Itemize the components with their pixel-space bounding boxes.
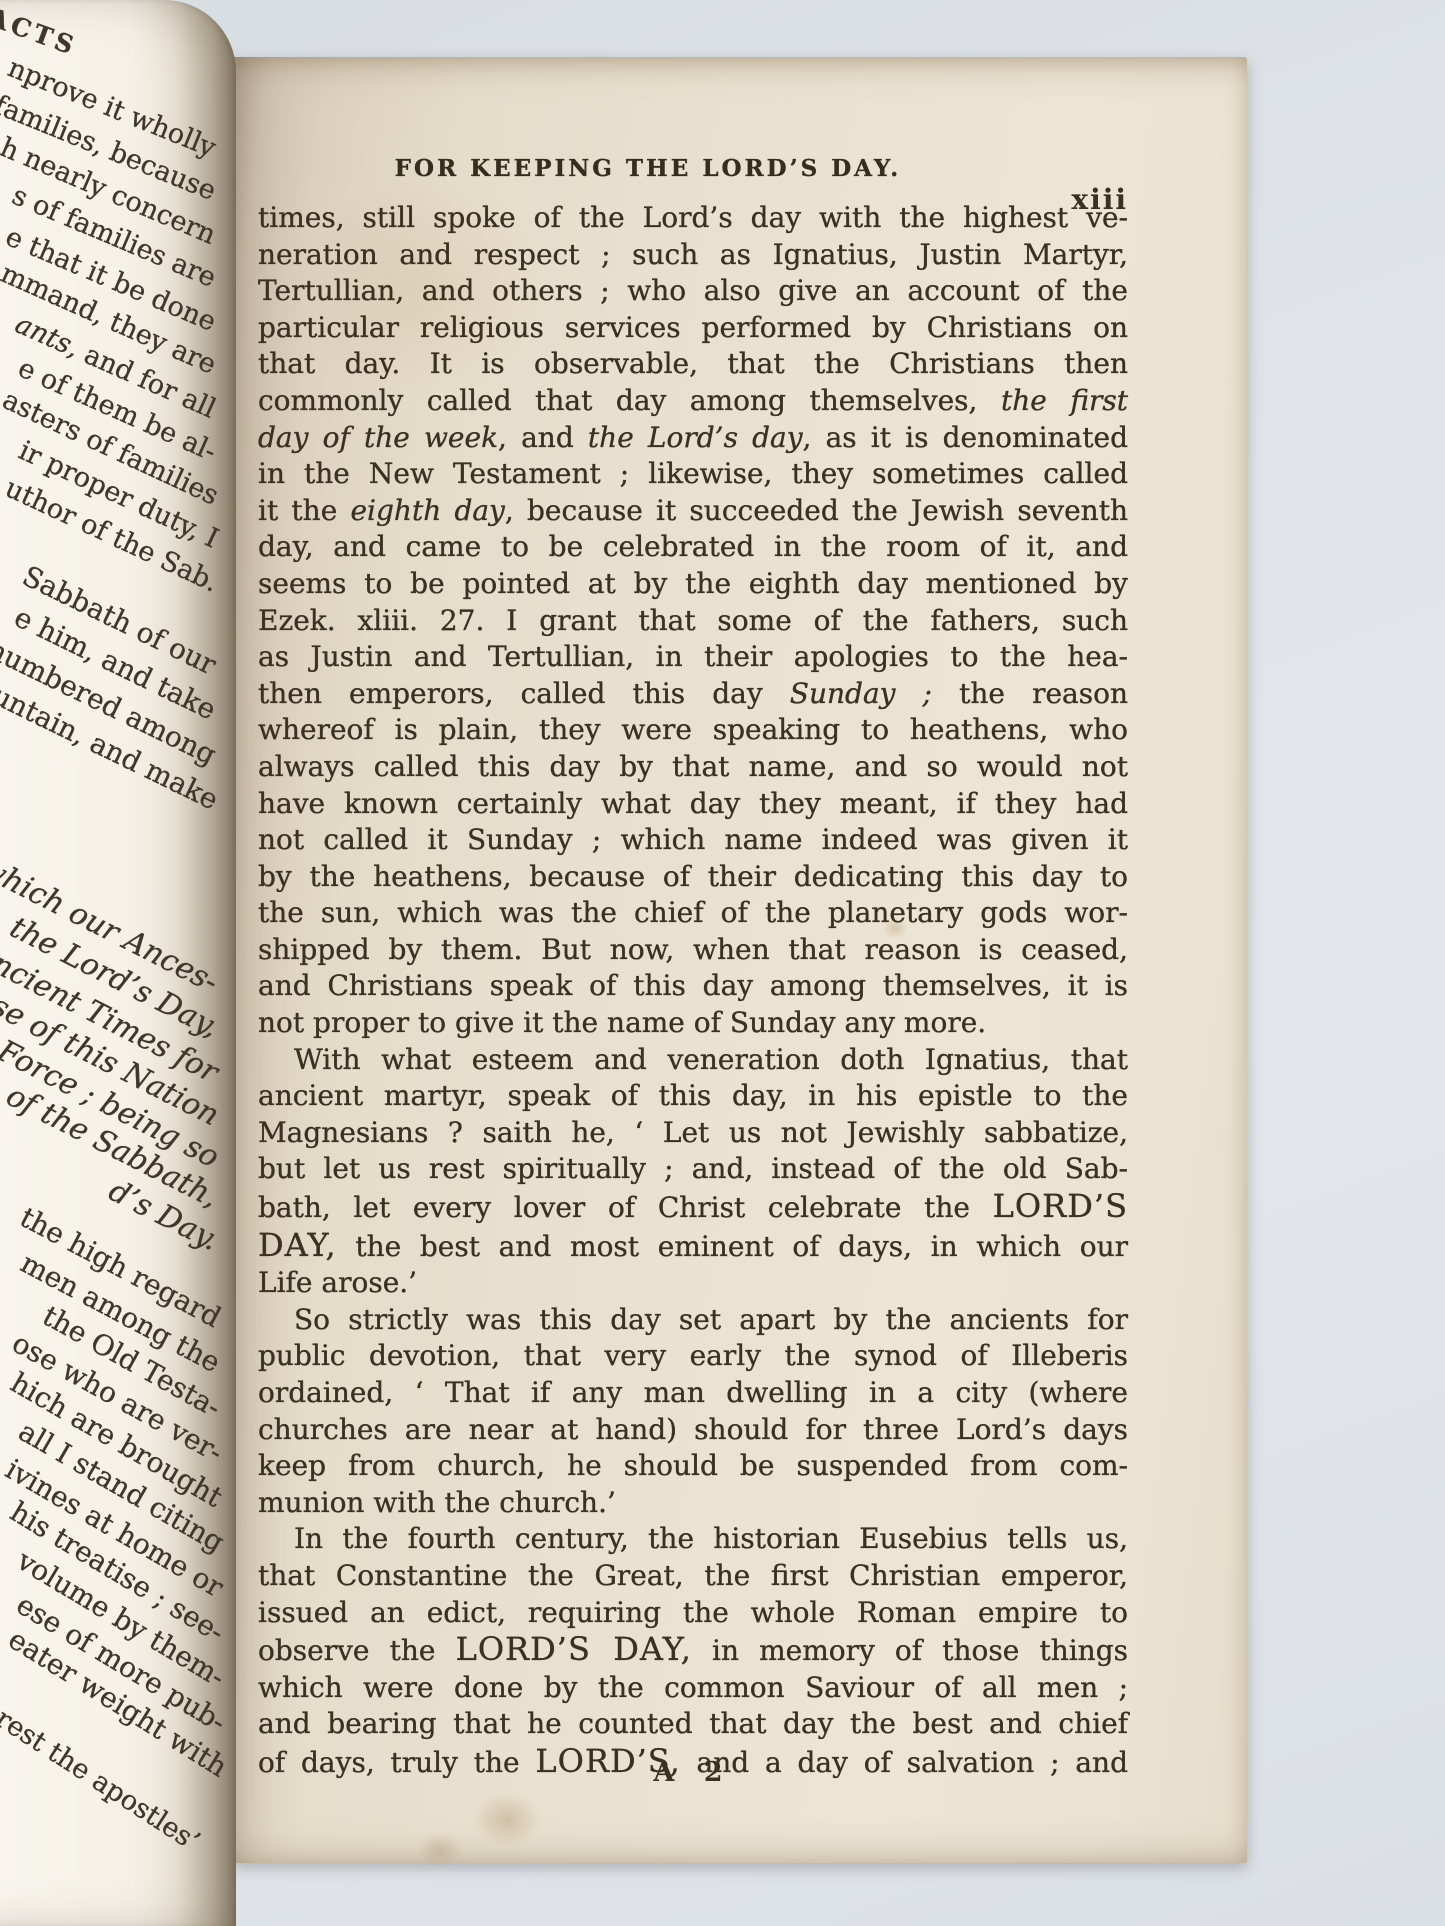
body-line: day of the week, and the Lord’s day, as …: [258, 420, 1128, 457]
body-line: as Justin and Tertullian, in their apolo…: [258, 639, 1128, 676]
body-line: and bearing that he counted that day the…: [258, 1706, 1128, 1743]
paper-stain: [472, 1792, 542, 1847]
body-line: and Christians speak of this day among t…: [258, 968, 1128, 1005]
body-line: Tertullian, and others ; who also give a…: [258, 273, 1128, 310]
paper-stain: [417, 1832, 463, 1868]
body-line: DAY, the best and most eminent of days, …: [258, 1227, 1128, 1266]
body-line: day, and came to be celebrated in the ro…: [258, 529, 1128, 566]
body-text: times, still spoke of the Lord’s day wit…: [258, 200, 1128, 1782]
body-line: neration and respect ; such as Ignatius,…: [258, 237, 1128, 274]
body-line: With what esteem and veneration doth Ign…: [258, 1042, 1128, 1079]
body-line: Ezek. xliii. 27. I grant that some of th…: [258, 603, 1128, 640]
body-line: observe the LORD’S DAY, in memory of tho…: [258, 1631, 1128, 1670]
running-header: FOR KEEPING THE LORD’S DAY.: [258, 155, 1128, 182]
body-line: ordained, ‘ That if any man dwelling in …: [258, 1375, 1128, 1412]
body-line: Life arose.’: [258, 1265, 1128, 1302]
body-line: seems to be pointed at by the eighth day…: [258, 566, 1128, 603]
body-line: but let us rest spiritually ; and, inste…: [258, 1151, 1128, 1188]
body-line: particular religious services performed …: [258, 310, 1128, 347]
body-line: not proper to give it the name of Sunday…: [258, 1005, 1128, 1042]
body-line: whereof is plain, they were speaking to …: [258, 712, 1128, 749]
body-line: by the heathens, because of their dedica…: [258, 859, 1128, 896]
body-line: which were done by the common Saviour of…: [258, 1670, 1128, 1707]
book-photo: FOR KEEPING THE LORD’S DAY. xiii times, …: [0, 0, 1445, 1926]
left-page-text-fragment: ACTS: [0, 1, 82, 64]
body-line: times, still spoke of the Lord’s day wit…: [258, 200, 1128, 237]
signature-mark: A 2: [258, 1757, 1128, 1788]
right-page: FOR KEEPING THE LORD’S DAY. xiii times, …: [232, 57, 1247, 1863]
body-line: that day. It is observable, that the Chr…: [258, 346, 1128, 383]
body-line: Magnesians ? saith he, ‘ Let us not Jewi…: [258, 1115, 1128, 1152]
body-line: in the New Testament ; likewise, they so…: [258, 456, 1128, 493]
body-line: then emperors, called this day Sunday ; …: [258, 676, 1128, 713]
body-line: bath, let every lover of Christ celebrat…: [258, 1188, 1128, 1227]
body-line: churches are near at hand) should for th…: [258, 1412, 1128, 1449]
body-line: have known certainly what day they meant…: [258, 786, 1128, 823]
body-line: shipped by them. But now, when that reas…: [258, 932, 1128, 969]
body-line: issued an edict, requiring the whole Rom…: [258, 1595, 1128, 1632]
body-line: keep from church, he should be suspended…: [258, 1448, 1128, 1485]
body-line: In the fourth century, the historian Eus…: [258, 1521, 1128, 1558]
body-line: always called this day by that name, and…: [258, 749, 1128, 786]
body-line: commonly called that day among themselve…: [258, 383, 1128, 420]
body-line: public devotion, that very early the syn…: [258, 1338, 1128, 1375]
body-line: it the eighth day, because it succeeded …: [258, 493, 1128, 530]
body-line: So strictly was this day set apart by th…: [258, 1302, 1128, 1339]
body-line: that Constantine the Great, the first Ch…: [258, 1558, 1128, 1595]
body-line: munion with the church.’: [258, 1485, 1128, 1522]
left-page: ACTSnprove it whollyfamilies, becauseh n…: [0, 0, 236, 1926]
body-line: the sun, which was the chief of the plan…: [258, 895, 1128, 932]
body-line: not called it Sunday ; which name indeed…: [258, 822, 1128, 859]
body-line: ancient martyr, speak of this day, in hi…: [258, 1078, 1128, 1115]
